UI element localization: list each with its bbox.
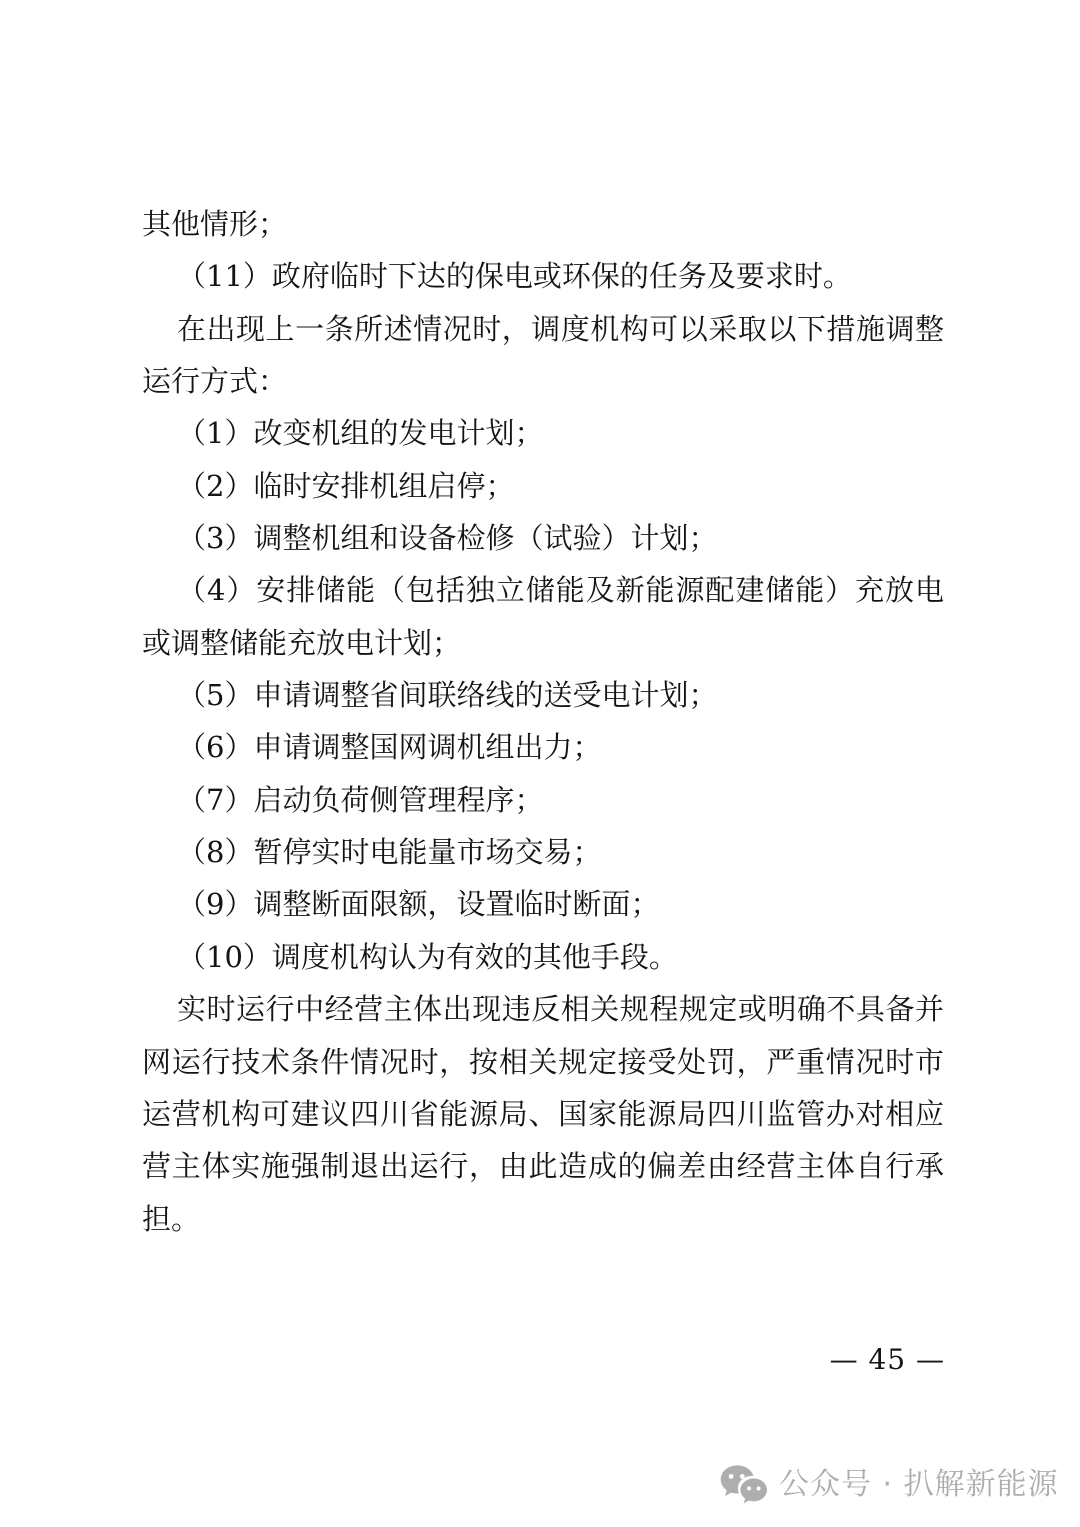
watermark-text: 公众号 · 扒解新能源 bbox=[779, 1461, 1059, 1509]
text-line: 实时运行中经营主体出现违反相关规程规定或明确不具备并 bbox=[142, 983, 944, 1035]
text-line: 其他情形； bbox=[142, 198, 944, 250]
text-line: （3）调整机组和设备检修（试验）计划； bbox=[142, 512, 944, 564]
text-line: （1）改变机组的发电计划； bbox=[142, 407, 944, 459]
wechat-chat-bubbles-icon bbox=[719, 1463, 767, 1507]
text-line: （11）政府临时下达的保电或环保的任务及要求时。 bbox=[142, 250, 944, 302]
wechat-watermark: 公众号 · 扒解新能源 bbox=[719, 1461, 1059, 1509]
page-number: — 45 — bbox=[830, 1343, 945, 1377]
text-line: （7）启动负荷侧管理程序； bbox=[142, 774, 944, 826]
text-line: （8）暂停实时电能量市场交易； bbox=[142, 826, 944, 878]
text-line: 营主体实施强制退出运行，由此造成的偏差由经营主体自行承 bbox=[142, 1140, 944, 1192]
text-line: （2）临时安排机组启停； bbox=[142, 460, 944, 512]
text-line: 担。 bbox=[142, 1193, 944, 1245]
text-line: （4）安排储能（包括独立储能及新能源配建储能）充放电 bbox=[142, 564, 944, 616]
text-line: 在出现上一条所述情况时，调度机构可以采取以下措施调整 bbox=[142, 303, 944, 355]
text-line: （9）调整断面限额，设置临时断面； bbox=[142, 878, 944, 930]
text-line: （6）申请调整国网调机组出力； bbox=[142, 721, 944, 773]
document-page: 其他情形； （11）政府临时下达的保电或环保的任务及要求时。 在出现上一条所述情… bbox=[0, 0, 1080, 1527]
text-line: （10）调度机构认为有效的其他手段。 bbox=[142, 931, 944, 983]
text-line: 或调整储能充放电计划； bbox=[142, 617, 944, 669]
document-body: 其他情形； （11）政府临时下达的保电或环保的任务及要求时。 在出现上一条所述情… bbox=[142, 198, 944, 1245]
text-line: 网运行技术条件情况时，按相关规定接受处罚，严重情况时市场 bbox=[142, 1036, 944, 1088]
text-line: 运行方式： bbox=[142, 355, 944, 407]
text-line: 运营机构可建议四川省能源局、国家能源局四川监管办对相应经 bbox=[142, 1088, 944, 1140]
text-line: （5）申请调整省间联络线的送受电计划； bbox=[142, 669, 944, 721]
